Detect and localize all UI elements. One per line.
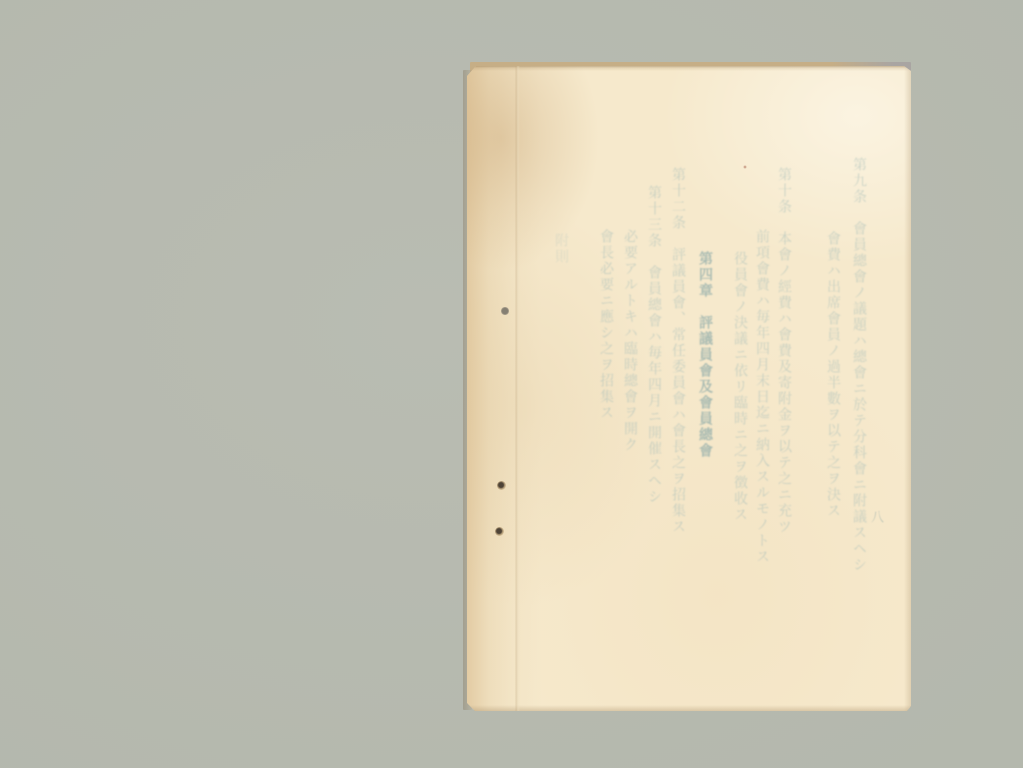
section-heading: 第四章 評議員會及會員總會 [697,251,713,459]
text-column: 役員會ノ決議ニ依リ臨時ニ之ヲ徴收ス [732,251,748,523]
document-page: 第九条 會員總會ノ議題ハ總會ニ於テ分科會ニ附議スヘシ 會費ハ出席會員ノ過半數ヲ以… [467,66,911,711]
photo-backdrop: 第九条 會員總會ノ議題ハ總會ニ於テ分科會ニ附議スヘシ 會費ハ出席會員ノ過半數ヲ以… [0,0,1023,768]
ink-speck [743,165,747,169]
text-column: 第十二条 評議員會、常任委員會ハ會長之ヲ招集ス [670,167,686,535]
text-column: 第十三条 會員總會ハ毎年四月ニ開催スヘシ [646,185,662,505]
text-column: 第十条 本會ノ經費ハ會費及寄附金ヲ以テ之ニ充ツ [776,167,792,535]
text-column: 第九条 會員總會ノ議題ハ總會ニ於テ分科會ニ附議スヘシ [851,157,867,573]
text-column: 必要アルトキハ臨時總會ヲ開ク [622,229,638,453]
rust-staple-mark [497,481,506,490]
page-number: 八 [866,510,885,523]
text-column: 會費ハ出席會員ノ過半數ヲ以テ之ヲ決ス [825,231,841,519]
text-column: 會長必要ニ應シ之ヲ招集ス [598,229,614,421]
text-column: 前項會費ハ毎年四月末日迄ニ納入スルモノトス [754,229,770,565]
punch-mark [501,307,509,315]
rust-staple-mark [495,527,504,536]
text-column: 附則 [553,233,569,265]
